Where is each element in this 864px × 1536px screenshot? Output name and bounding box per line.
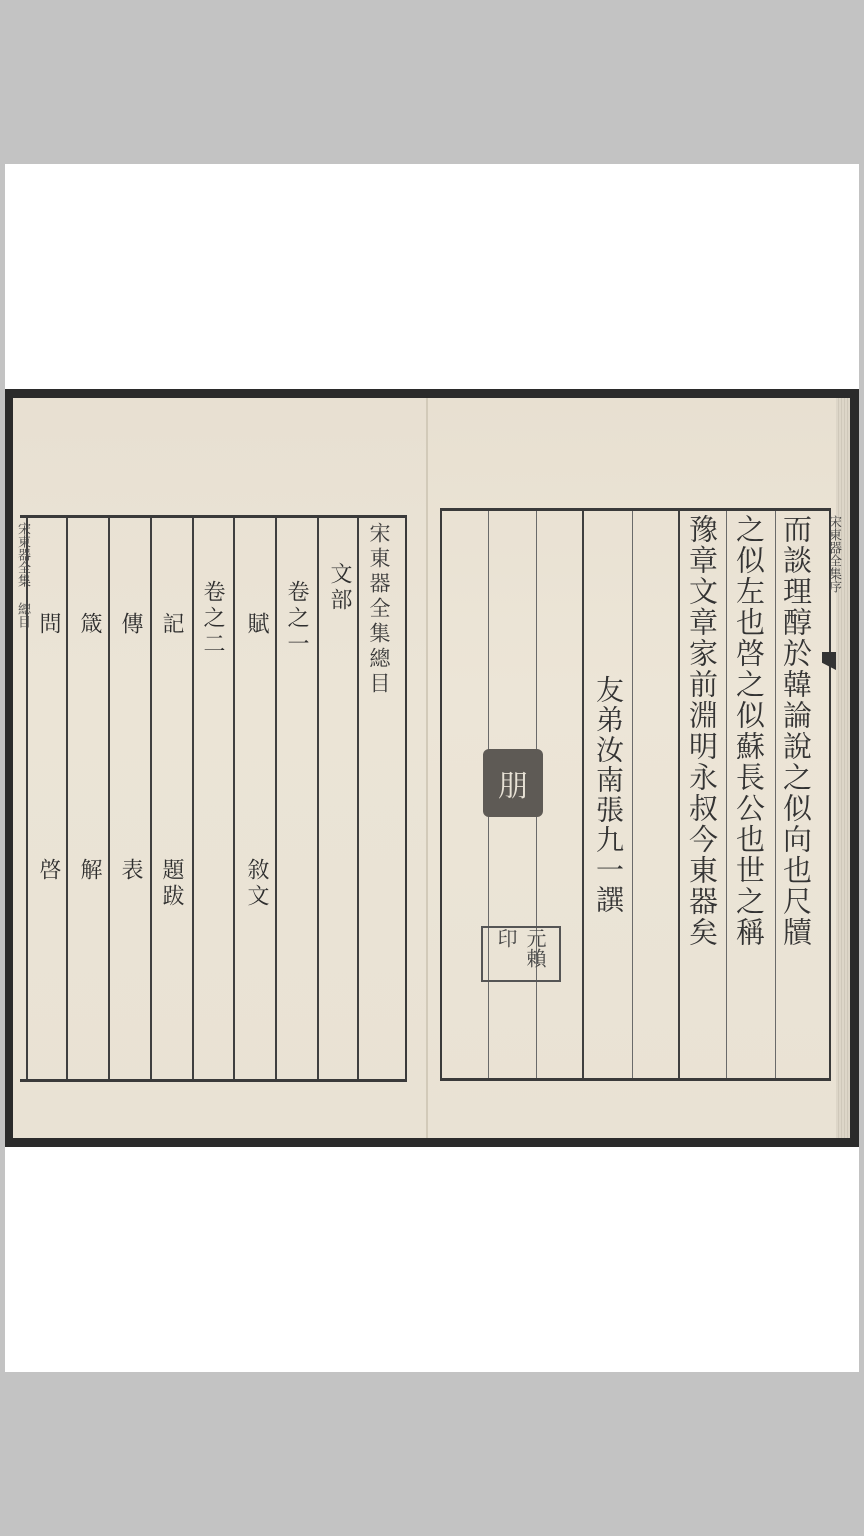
toc-entry-top: 卷之二 xyxy=(197,580,228,658)
toc-entry-top: 傳 xyxy=(115,612,146,638)
toc-section: 文部 xyxy=(324,562,355,614)
light-seal-stamp: 元賴 印 xyxy=(481,926,561,982)
toc-entry-bottom: 啓 xyxy=(33,858,64,884)
preface-line: 之似左也啓之似蘇長公也世之稱 xyxy=(729,514,770,948)
toc-entry-bottom: 敘文 xyxy=(241,858,272,910)
dark-seal-stamp: 朋 xyxy=(483,749,543,817)
toc-entry-bottom: 題跋 xyxy=(156,858,187,910)
toc-heading: 宋東器全集總目 xyxy=(364,522,394,697)
right-margin-label: 宋東器全集序 xyxy=(824,515,843,593)
toc-entry-top: 問 xyxy=(33,612,64,638)
preface-line: 而談理醇於韓論說之似向也尺牘 xyxy=(776,514,817,948)
toc-entry-top: 記 xyxy=(156,612,187,638)
preface-line: 豫章文章家前淵明永叔今東器矣 xyxy=(682,514,723,948)
page-edges xyxy=(836,398,850,1138)
left-margin-label: 宋東器全集 總目 xyxy=(13,522,32,628)
toc-entry-top: 箴 xyxy=(74,612,105,638)
toc-entry-bottom: 解 xyxy=(74,858,105,884)
toc-entry-bottom: 表 xyxy=(115,858,146,884)
preface-signature: 友弟汝南張九一譔 xyxy=(588,675,628,915)
toc-entry-top: 賦 xyxy=(241,612,272,638)
toc-entry-top: 卷之一 xyxy=(281,580,312,658)
